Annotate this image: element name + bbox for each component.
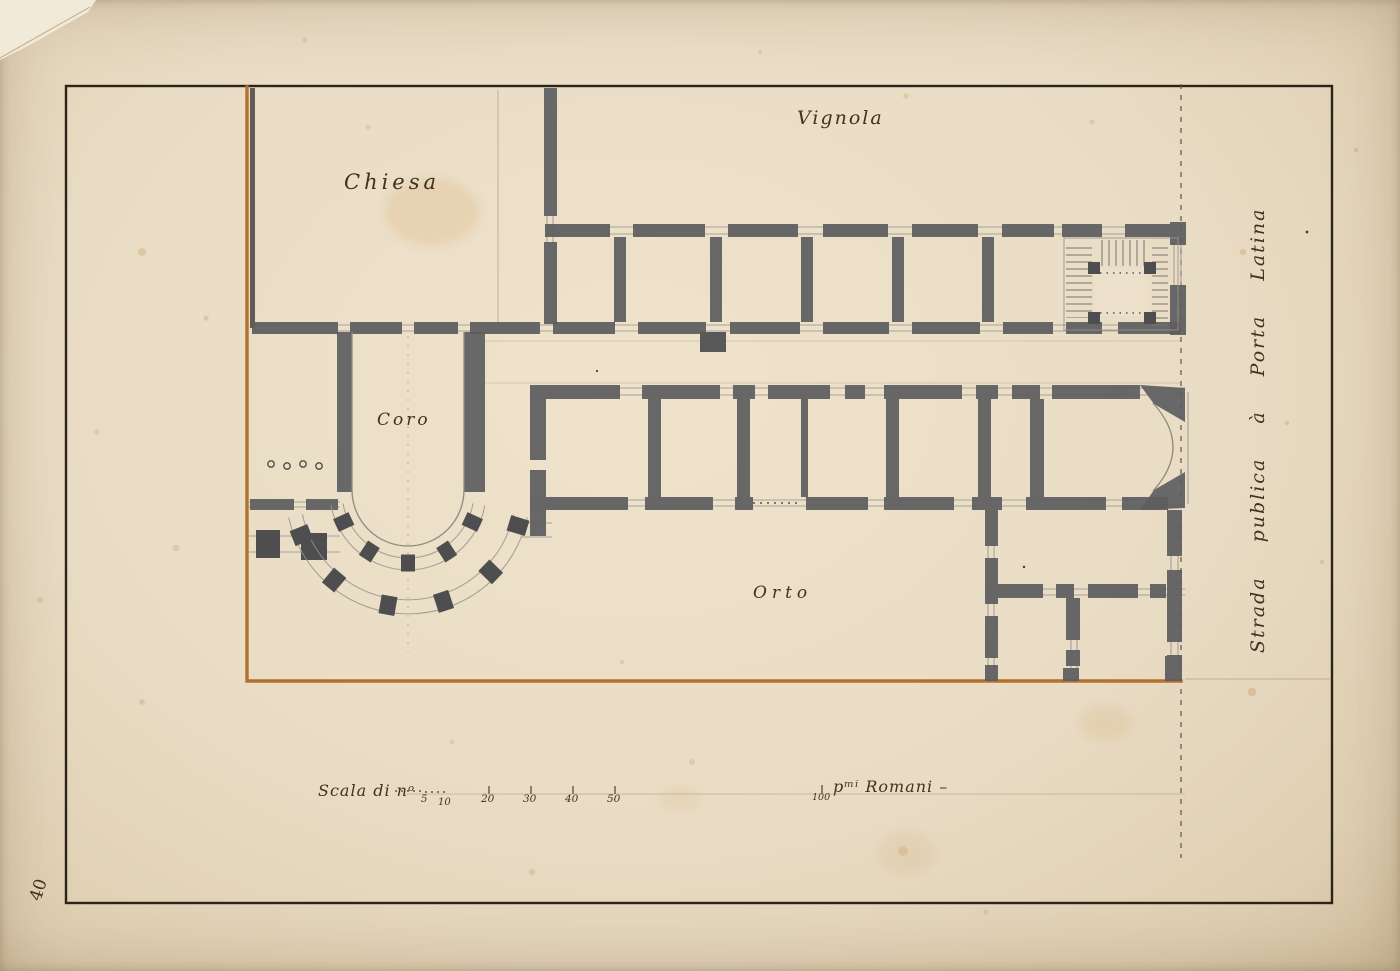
scale-tick-30: 30	[523, 793, 536, 805]
floor-plan-drawing	[0, 0, 1400, 971]
label-orto: Orto	[753, 583, 812, 603]
label-street: Strada publica à Porta Latina	[1247, 138, 1291, 653]
scale-minor-10: 10	[438, 797, 451, 808]
label-vignola: Vignola	[797, 107, 884, 129]
long-south-wall-top-wing	[252, 322, 1180, 352]
sheet-border-frame	[66, 86, 1332, 903]
scale-unit-label: pᵐⁱ Romani –	[833, 777, 948, 796]
torn-corner	[0, 0, 96, 60]
scale-minor-5: 5	[421, 794, 427, 805]
label-street-text: Strada publica à Porta Latina	[1247, 138, 1291, 653]
scale-bar-prefix: Scala di nᵒ	[318, 781, 415, 800]
staircase	[1064, 238, 1178, 330]
middle-wing-walls	[530, 385, 1168, 536]
left-room	[250, 461, 338, 560]
street-exedra	[1140, 385, 1185, 510]
label-coro: Coro	[377, 410, 431, 430]
dotted-threshold	[753, 502, 797, 504]
stains	[37, 38, 1358, 915]
scale-tick-50: 50	[607, 793, 620, 805]
scale-tick-20: 20	[481, 793, 494, 805]
drawing-sheet: Chiesa Vignola Coro Orto Strada publica …	[0, 0, 1400, 971]
scale-tick-40: 40	[565, 793, 578, 805]
scale-tick-100: 100	[812, 792, 830, 803]
label-chiesa: Chiesa	[344, 170, 440, 194]
scale-bar-ticks	[489, 785, 822, 794]
column-circles	[268, 461, 322, 469]
